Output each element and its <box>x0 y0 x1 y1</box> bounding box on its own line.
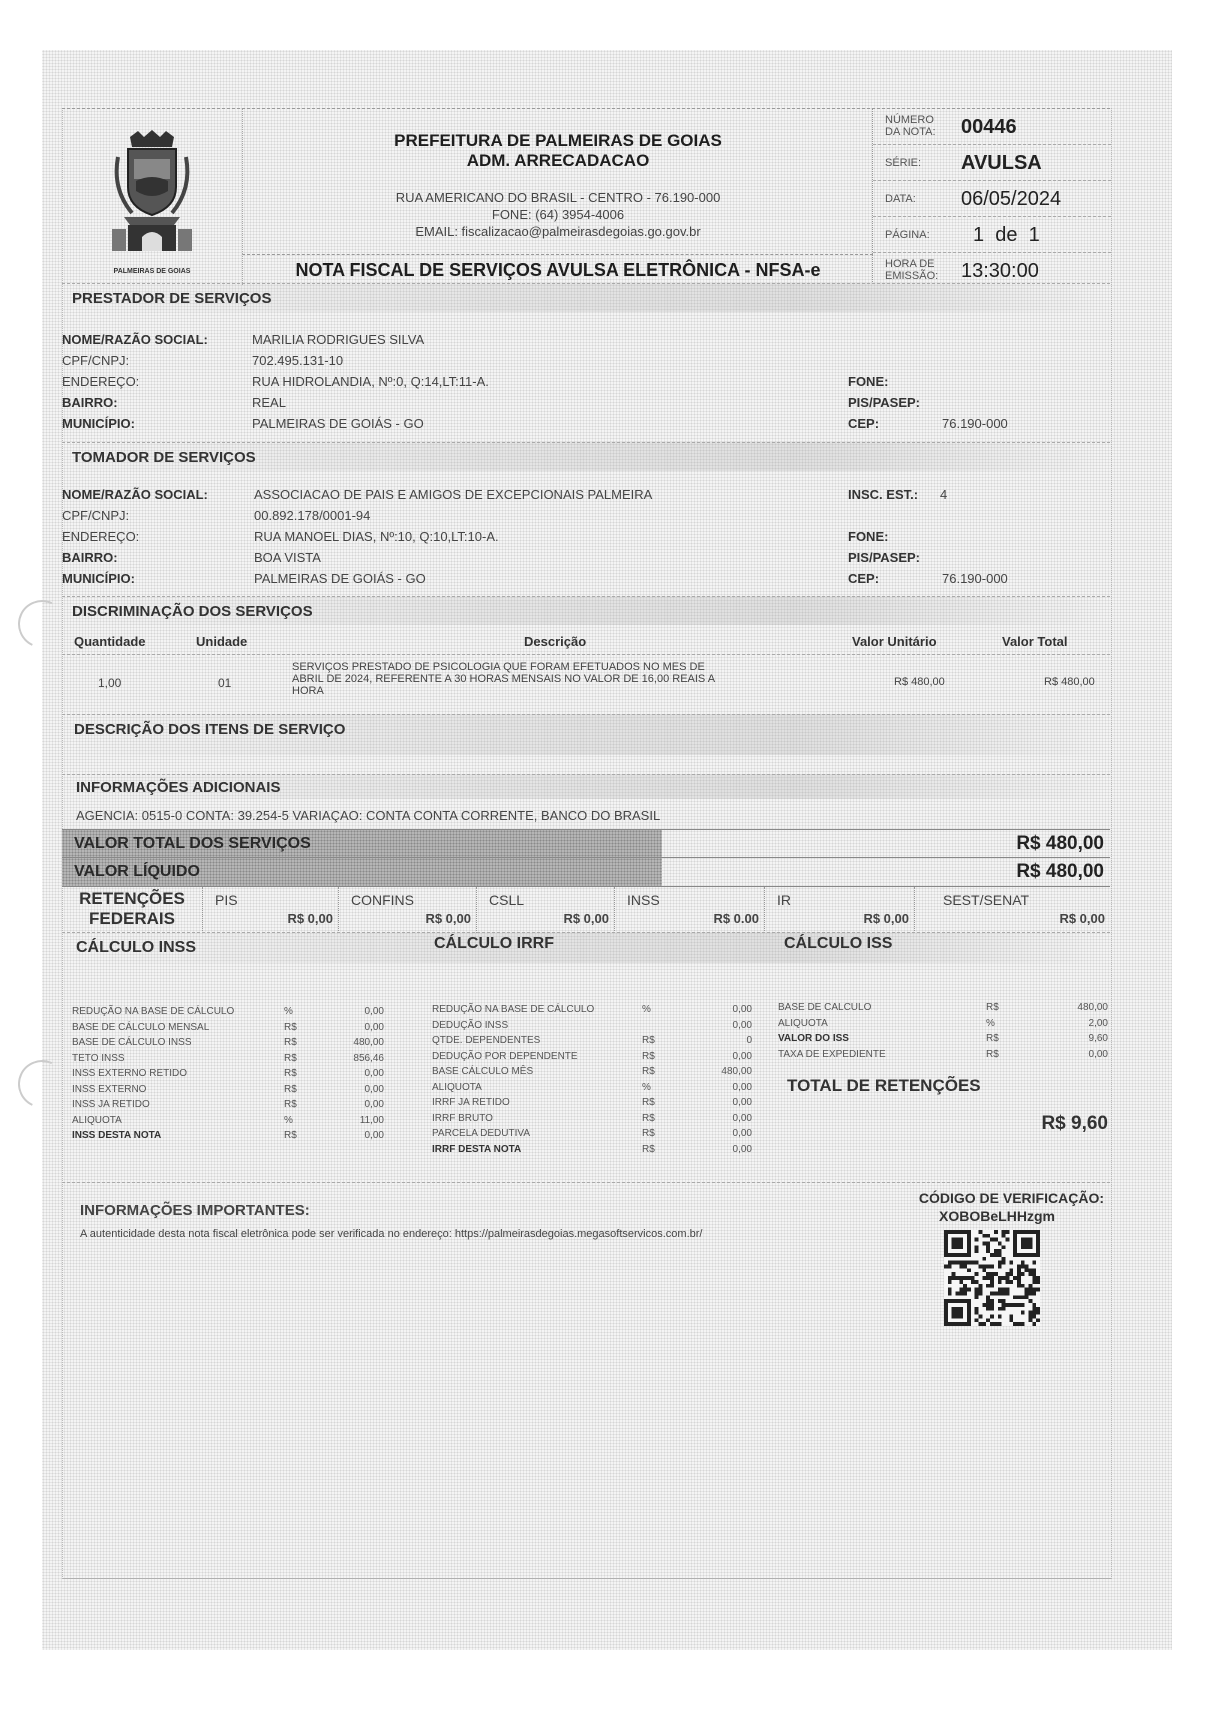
calc-value: 9,60 <box>1089 1033 1108 1044</box>
calc-row: IRRF JA RETIDOR$0,00 <box>432 1097 762 1113</box>
withholding-ir: IR R$ 0,00 <box>764 887 915 933</box>
calc-label: ALIQUOTA <box>72 1115 122 1126</box>
calc-label: REDUÇÃO NA BASE DE CÁLCULO <box>72 1006 234 1017</box>
calc-label: BASE DE CALCULO <box>778 1002 871 1013</box>
calc-row: INSS EXTERNO RETIDOR$0,00 <box>72 1068 384 1084</box>
series-value: AVULSA <box>961 152 1042 175</box>
services-section-title: DISCRIMINAÇÃO DOS SERVIÇOS <box>72 603 313 620</box>
withholding-value: R$ 0,00 <box>863 911 909 926</box>
calc-label: PARCELA DEDUTIVA <box>432 1128 530 1139</box>
calc-label: INSS EXTERNO <box>72 1084 146 1095</box>
calc-row: INSS JA RETIDOR$0,00 <box>72 1099 384 1115</box>
calc-row: TAXA DE EXPEDIENTER$0,00 <box>778 1049 1108 1065</box>
withholding-value: R$ 0.00 <box>713 911 759 926</box>
calc-value: 0,00 <box>365 1099 384 1110</box>
calc-label: TAXA DE EXPEDIENTE <box>778 1049 886 1060</box>
calc-unit: R$ <box>642 1051 655 1062</box>
total-services-row: VALOR TOTAL DOS SERVIÇOS R$ 480,00 <box>62 829 1110 858</box>
calc-unit: R$ <box>642 1066 655 1077</box>
provider-city-label: MUNICÍPIO: <box>62 416 135 431</box>
calc-value: 0,00 <box>365 1130 384 1141</box>
calc-value: 0,00 <box>733 1082 752 1093</box>
calc-unit: R$ <box>642 1144 655 1155</box>
calc-label: REDUÇÃO NA BASE DE CÁLCULO <box>432 1004 594 1015</box>
total-services-value: R$ 480,00 <box>1016 833 1104 855</box>
withholding-name: IR <box>777 892 791 908</box>
issuer-address: RUA AMERICANO DO BRASIL - CENTRO - 76.19… <box>243 189 873 206</box>
issuer-email: EMAIL: fiscalizacao@palmeirasdegoias.go.… <box>243 223 873 240</box>
service-unit-value: R$ 480,00 <box>894 676 945 688</box>
service-description-line: HORA <box>292 685 715 697</box>
calc-value: 0,00 <box>1089 1049 1108 1060</box>
iss-calc-table: BASE DE CALCULOR$480,00ALIQUOTA%2,00VALO… <box>778 1002 1108 1064</box>
calc-row: PARCELA DEDUTIVAR$0,00 <box>432 1128 762 1144</box>
calc-label: INSS JA RETIDO <box>72 1099 150 1110</box>
provider-address-label: ENDEREÇO: <box>62 374 139 389</box>
items-section-header: DESCRIÇÃO DOS ITENS DE SERVIÇO <box>62 714 1110 755</box>
series-label: SÉRIE: <box>885 157 945 169</box>
column-header-quantity: Quantidade <box>74 634 146 649</box>
page-row: PÁGINA: 1 de 1 <box>873 217 1111 253</box>
calc-unit: R$ <box>284 1068 297 1079</box>
invoice-number-row: NÚMERO DA NOTA: 00446 <box>873 109 1111 145</box>
items-section-title: DESCRIÇÃO DOS ITENS DE SERVIÇO <box>74 721 345 738</box>
calc-value: 0,00 <box>733 1004 752 1015</box>
calc-unit: R$ <box>284 1084 297 1095</box>
irrf-calc-title: CÁLCULO IRRF <box>434 935 554 953</box>
calc-label: VALOR DO ISS <box>778 1033 849 1044</box>
customer-phone-label: FONE: <box>848 529 888 544</box>
page-label: PÁGINA: <box>885 229 945 241</box>
calc-label: DEDUÇÃO POR DEPENDENTE <box>432 1051 578 1062</box>
withholding-pis: PIS R$ 0,00 <box>202 887 339 933</box>
withholding-value: R$ 0,00 <box>563 911 609 926</box>
net-value-label: VALOR LÍQUIDO <box>74 863 200 881</box>
calc-label: BASE DE CÁLCULO MENSAL <box>72 1022 209 1033</box>
provider-address: RUA HIDROLANDIA, Nº:0, Q:14,LT:11-A. <box>252 374 489 389</box>
calc-unit: R$ <box>284 1130 297 1141</box>
provider-district: REAL <box>252 395 286 410</box>
page-number: 1 de 1 <box>973 224 1040 247</box>
calc-row: ALIQUOTA%2,00 <box>778 1018 1108 1034</box>
verification-code: XOBOBeLHHzgm <box>892 1208 1102 1224</box>
additional-info-title: INFORMAÇÕES ADICIONAIS <box>76 779 280 796</box>
calc-label: TETO INSS <box>72 1053 125 1064</box>
section-divider <box>62 1182 1110 1183</box>
provider-cpf: 702.495.131-10 <box>252 353 343 368</box>
service-quantity: 1,00 <box>98 676 121 690</box>
irrf-calc-table: REDUÇÃO NA BASE DE CÁLCULO%0,00DEDUÇÃO I… <box>432 1004 762 1159</box>
customer-cep: 76.190-000 <box>942 571 1008 586</box>
customer-cep-label: CEP: <box>848 571 879 586</box>
calc-unit: % <box>986 1018 995 1029</box>
issue-time: 13:30:00 <box>961 260 1039 283</box>
date-label: DATA: <box>885 193 945 205</box>
inss-calc-title: CÁLCULO INSS <box>76 939 196 957</box>
customer-pis-label: PIS/PASEP: <box>848 550 920 565</box>
provider-district-label: BAIRRO: <box>62 395 118 410</box>
withholding-name: INSS <box>627 892 660 908</box>
calc-label: DEDUÇÃO INSS <box>432 1020 508 1031</box>
provider-cpf-label: CPF/CNPJ: <box>62 353 129 368</box>
invoice-number-label: NÚMERO DA NOTA: <box>885 114 945 138</box>
customer-cnpj: 00.892.178/0001-94 <box>254 508 370 523</box>
customer-cnpj-label: CPF/CNPJ: <box>62 508 129 523</box>
total-services-label: VALOR TOTAL DOS SERVIÇOS <box>74 835 311 853</box>
calc-value: 0,00 <box>365 1022 384 1033</box>
document-title: NOTA FISCAL DE SERVIÇOS AVULSA ELETRÔNIC… <box>242 254 873 285</box>
customer-district: BOA VISTA <box>254 550 321 565</box>
calc-unit: R$ <box>642 1035 655 1046</box>
issuer-info: PREFEITURA DE PALMEIRAS DE GOIAS ADM. AR… <box>242 109 873 254</box>
customer-state-registration: 4 <box>940 487 947 502</box>
calc-unit: R$ <box>986 1002 999 1013</box>
calc-label: BASE CÁLCULO MÊS <box>432 1066 533 1077</box>
customer-name-label: NOME/RAZÃO SOCIAL: <box>62 487 208 502</box>
provider-section-title: PRESTADOR DE SERVIÇOS <box>72 290 271 307</box>
provider-city: PALMEIRAS DE GOIÁS - GO <box>252 416 424 431</box>
provider-cep-label: CEP: <box>848 416 879 431</box>
calc-unit: R$ <box>284 1099 297 1110</box>
municipal-coat-of-arms-logo: PALMEIRAS DE GOIAS <box>102 129 202 269</box>
customer-address-label: ENDEREÇO: <box>62 529 139 544</box>
issue-time-label: HORA DE EMISSÃO: <box>885 258 945 282</box>
calc-row: INSS EXTERNOR$0,00 <box>72 1084 384 1100</box>
iss-calc-title: CÁLCULO ISS <box>784 935 892 953</box>
net-value-row: VALOR LÍQUIDO R$ 480,00 <box>62 857 1110 887</box>
provider-name-label: NOME/RAZÃO SOCIAL: <box>62 332 208 347</box>
withholding-sest-senat: SEST/SENAT R$ 0,00 <box>914 887 1111 933</box>
calc-row: ALIQUOTA%0,00 <box>432 1082 762 1098</box>
calc-label: IRRF DESTA NOTA <box>432 1144 521 1155</box>
calc-label: IRRF BRUTO <box>432 1113 493 1124</box>
calc-row: BASE DE CÁLCULO MENSALR$0,00 <box>72 1022 384 1038</box>
calc-row: REDUÇÃO NA BASE DE CÁLCULO%0,00 <box>432 1004 762 1020</box>
service-total-value: R$ 480,00 <box>1044 676 1095 688</box>
calc-row: IRRF DESTA NOTAR$0,00 <box>432 1144 762 1160</box>
customer-city: PALMEIRAS DE GOIÁS - GO <box>254 571 426 586</box>
qr-code-icon <box>944 1230 1040 1326</box>
authenticity-notice: A autenticidade desta nota fiscal eletrô… <box>80 1228 702 1240</box>
customer-city-label: MUNICÍPIO: <box>62 571 135 586</box>
logo-caption: PALMEIRAS DE GOIAS <box>102 268 202 275</box>
calc-unit: R$ <box>284 1053 297 1064</box>
column-header-description: Descrição <box>524 634 586 649</box>
total-withholdings-label: TOTAL DE RETENÇÕES <box>787 1076 981 1096</box>
calc-row: TETO INSSR$856,46 <box>72 1053 384 1069</box>
calc-value: 2,00 <box>1089 1018 1108 1029</box>
calc-label: INSS DESTA NOTA <box>72 1130 161 1141</box>
withholding-name: SEST/SENAT <box>943 892 1029 908</box>
service-description: SERVIÇOS PRESTADO DE PSICOLOGIA QUE FORA… <box>292 661 715 697</box>
customer-section-header: TOMADOR DE SERVIÇOS <box>62 442 1110 471</box>
withholdings-title-line: RETENÇÕES <box>62 889 202 909</box>
federal-withholdings-title: RETENÇÕES FEDERAIS <box>62 889 202 929</box>
calc-unit: % <box>642 1004 651 1015</box>
withholdings-title-line: FEDERAIS <box>62 909 202 929</box>
additional-info-text: AGENCIA: 0515-0 CONTA: 39.254-5 VARIAÇAO… <box>76 808 660 823</box>
calc-row: REDUÇÃO NA BASE DE CÁLCULO%0,00 <box>72 1006 384 1022</box>
calc-label: ALIQUOTA <box>778 1018 828 1029</box>
calc-value: 0,00 <box>733 1128 752 1139</box>
calc-unit: % <box>642 1082 651 1093</box>
calc-unit: R$ <box>642 1097 655 1108</box>
calc-row: DEDUÇÃO INSS0,00 <box>432 1020 762 1036</box>
calc-unit: R$ <box>284 1037 297 1048</box>
customer-section-title: TOMADOR DE SERVIÇOS <box>72 449 256 466</box>
calc-unit: R$ <box>986 1049 999 1060</box>
calc-label: ALIQUOTA <box>432 1082 482 1093</box>
calc-label: QTDE. DEPENDENTES <box>432 1035 540 1046</box>
invoice-number: 00446 <box>961 116 1017 139</box>
calc-value: 480,00 <box>1077 1002 1108 1013</box>
calc-value: 11,00 <box>360 1115 384 1126</box>
withholding-value: R$ 0,00 <box>425 911 471 926</box>
column-header-unit-value: Valor Unitário <box>852 634 937 649</box>
withholding-name: CONFINS <box>351 892 414 908</box>
calc-unit: R$ <box>284 1022 297 1033</box>
calc-unit: R$ <box>986 1033 999 1044</box>
nfsa-document: PALMEIRAS DE GOIAS PREFEITURA DE PALMEIR… <box>62 108 1112 1578</box>
calc-value: 0,00 <box>365 1006 384 1017</box>
withholding-name: PIS <box>215 892 238 908</box>
issuer-name: PREFEITURA DE PALMEIRAS DE GOIAS <box>243 131 873 151</box>
withholding-value: R$ 0,00 <box>287 911 333 926</box>
calc-row: DEDUÇÃO POR DEPENDENTER$0,00 <box>432 1051 762 1067</box>
customer-address: RUA MANOEL DIAS, Nº:10, Q:10,LT:10-A. <box>254 529 499 544</box>
customer-district-label: BAIRRO: <box>62 550 118 565</box>
calc-value: 0,00 <box>733 1113 752 1124</box>
issuer-department: ADM. ARRECADACAO <box>243 151 873 171</box>
issue-date: 06/05/2024 <box>961 188 1061 211</box>
calc-row: QTDE. DEPENDENTESR$0 <box>432 1035 762 1051</box>
provider-name: MARILIA RODRIGUES SILVA <box>252 332 424 347</box>
calc-value: 0 <box>746 1035 752 1046</box>
service-description-line: SERVIÇOS PRESTADO DE PSICOLOGIA QUE FORA… <box>292 661 715 673</box>
calc-row: IRRF BRUTOR$0,00 <box>432 1113 762 1129</box>
calc-value: 0,00 <box>365 1084 384 1095</box>
customer-name: ASSOCIACAO DE PAIS E AMIGOS DE EXCEPCION… <box>254 487 652 502</box>
column-header-total-value: Valor Total <box>1002 634 1068 649</box>
withholding-value: R$ 0,00 <box>1059 911 1105 926</box>
calc-row: ALIQUOTA%11,00 <box>72 1115 384 1131</box>
invoice-meta: NÚMERO DA NOTA: 00446 SÉRIE: AVULSA DATA… <box>872 109 1111 284</box>
calc-row: VALOR DO ISSR$9,60 <box>778 1033 1108 1049</box>
withholding-csll: CSLL R$ 0,00 <box>476 887 615 933</box>
calc-unit: R$ <box>642 1113 655 1124</box>
calc-value: 480,00 <box>353 1037 384 1048</box>
table-divider <box>62 654 1110 655</box>
customer-state-registration-label: INSC. EST.: <box>848 487 918 502</box>
withholding-inss: INSS R$ 0.00 <box>614 887 765 933</box>
services-section-header: DISCRIMINAÇÃO DOS SERVIÇOS <box>62 596 1110 625</box>
verification-code-label: CÓDIGO DE VERIFICAÇÃO: <box>874 1190 1104 1206</box>
column-header-unit: Unidade <box>196 634 247 649</box>
calc-label: IRRF JA RETIDO <box>432 1097 510 1108</box>
calc-value: 856,46 <box>353 1053 384 1064</box>
calc-value: 0,00 <box>365 1068 384 1079</box>
calc-unit: % <box>284 1006 293 1017</box>
calc-value: 0,00 <box>733 1051 752 1062</box>
calc-row: INSS DESTA NOTAR$0,00 <box>72 1130 384 1146</box>
calc-row: BASE CÁLCULO MÊSR$480,00 <box>432 1066 762 1082</box>
calc-value: 0,00 <box>733 1097 752 1108</box>
calc-label: INSS EXTERNO RETIDO <box>72 1068 187 1079</box>
provider-section-header: PRESTADOR DE SERVIÇOS <box>62 283 1110 312</box>
calc-value: 0,00 <box>733 1020 752 1031</box>
calc-row: BASE DE CALCULOR$480,00 <box>778 1002 1108 1018</box>
provider-cep: 76.190-000 <box>942 416 1008 431</box>
provider-phone-label: FONE: <box>848 374 888 389</box>
calculations-header: CÁLCULO INSS CÁLCULO IRRF CÁLCULO ISS <box>62 932 1110 963</box>
series-row: SÉRIE: AVULSA <box>873 145 1111 181</box>
calc-value: 0,00 <box>733 1144 752 1155</box>
federal-withholdings: RETENÇÕES FEDERAIS PIS R$ 0,00 CONFINS R… <box>62 886 1110 933</box>
net-value: R$ 480,00 <box>1016 861 1104 883</box>
additional-info-header: INFORMAÇÕES ADICIONAIS <box>62 774 1110 799</box>
calc-value: 480,00 <box>721 1066 752 1077</box>
document-header: PALMEIRAS DE GOIAS PREFEITURA DE PALMEIR… <box>62 108 1110 284</box>
service-description-line: ABRIL DE 2024, REFERENTE A 30 HORAS MENS… <box>292 673 715 685</box>
calc-label: BASE DE CÁLCULO INSS <box>72 1037 191 1048</box>
issuer-phone: FONE: (64) 3954-4006 <box>243 206 873 223</box>
inss-calc-table: REDUÇÃO NA BASE DE CÁLCULO%0,00BASE DE C… <box>72 1006 384 1146</box>
total-withholdings-value: R$ 9,60 <box>1041 1113 1108 1135</box>
calc-unit: R$ <box>642 1128 655 1139</box>
calc-row: BASE DE CÁLCULO INSSR$480,00 <box>72 1037 384 1053</box>
withholding-cofins: CONFINS R$ 0,00 <box>338 887 477 933</box>
withholding-name: CSLL <box>489 892 524 908</box>
service-unit: 01 <box>218 676 231 690</box>
provider-pis-label: PIS/PASEP: <box>848 395 920 410</box>
date-row: DATA: 06/05/2024 <box>873 181 1111 217</box>
important-info-title: INFORMAÇÕES IMPORTANTES: <box>80 1202 310 1219</box>
calc-unit: % <box>284 1115 293 1126</box>
